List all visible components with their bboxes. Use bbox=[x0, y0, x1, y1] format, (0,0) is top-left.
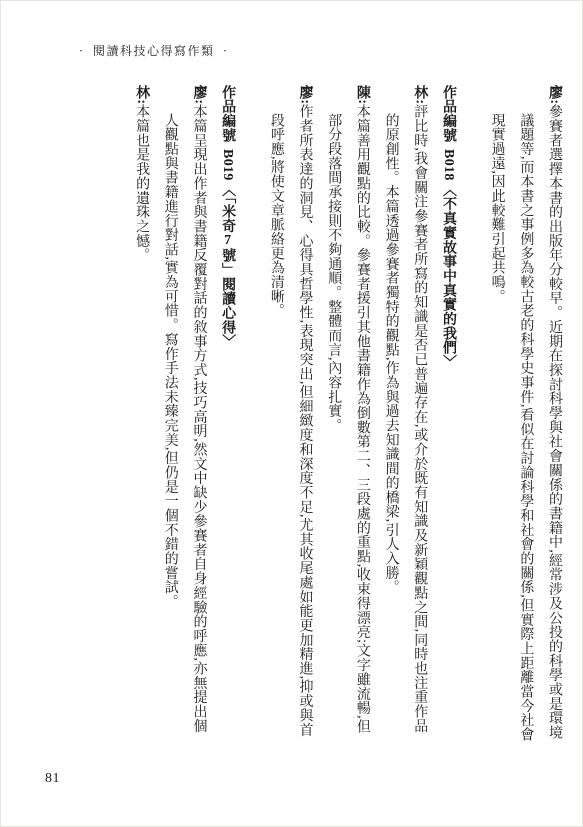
entry-title-digit: 7 bbox=[220, 233, 235, 248]
entry-heading-label: 作品編號 bbox=[220, 85, 235, 142]
speech-paragraph: 林:評比時,我會關注參賽者所寫的知識是否已普遍存在,或介於既有知識及新穎觀點之間… bbox=[376, 85, 433, 747]
speech-text: 評比時,我會關注參賽者所寫的知識是否已普遍存在,或介於既有知識及新穎觀點之間,同… bbox=[384, 104, 428, 733]
speech-text: 本篇呈現出作者與書籍反覆對話的敘事方式,技巧高明,然文中缺少參賽者自身經驗的呼應… bbox=[163, 104, 207, 733]
section-entry-b019: 作品編號B019〈「米奇7號」閱讀心得〉 廖:本篇呈現出作者與書籍反覆對話的敘事… bbox=[126, 85, 241, 747]
speech-text: 本篇善用觀點的比較。參賽者援引其他書籍作為倒數第二、三段處的重點,收束得漂亮;文… bbox=[326, 104, 370, 733]
speech-paragraph: 廖:參賽者選擇本書的出版年分較早。近期在探討科學與社會關係的書籍中,經常涉及公投… bbox=[482, 85, 568, 747]
speech-paragraph: 廖:作者所表達的洞見、心得具哲學性,表現突出,但細緻度和深度不足,尤其收尾處如能… bbox=[261, 85, 318, 747]
speaker-label: 廖: bbox=[547, 85, 562, 104]
speech-text: 本篇也是我的遺珠之憾。 bbox=[134, 104, 149, 262]
entry-title: 號」閱讀心得〉 bbox=[220, 248, 235, 348]
speech-paragraph: 陳:本篇善用觀點的比較。參賽者援引其他書籍作為倒數第二、三段處的重點,收束得漂亮… bbox=[319, 85, 376, 747]
entry-title: 〈不真實故事中真實的我們〉 bbox=[441, 183, 456, 370]
entry-code: B018 bbox=[441, 149, 456, 181]
speaker-label: 林: bbox=[134, 85, 149, 104]
section-continuation: 廖:參賽者選擇本書的出版年分較早。近期在探討科學與社會關係的書籍中,經常涉及公投… bbox=[482, 85, 568, 747]
speaker-label: 林: bbox=[412, 85, 427, 104]
entry-title: 〈「米奇 bbox=[220, 183, 235, 233]
entry-code: B019 bbox=[220, 149, 235, 181]
page-number: 81 bbox=[45, 771, 60, 787]
entry-heading: 作品編號B019〈「米奇7號」閱讀心得〉 bbox=[212, 85, 241, 747]
speech-text: 參賽者選擇本書的出版年分較早。近期在探討科學與社會關係的書籍中,經常涉及公投的科… bbox=[490, 104, 562, 741]
speech-paragraph: 林:本篇也是我的遺珠之憾。 bbox=[126, 85, 155, 747]
speech-paragraph: 廖:本篇呈現出作者與書籍反覆對話的敘事方式,技巧高明,然文中缺少參賽者自身經驗的… bbox=[155, 85, 212, 747]
speaker-label: 廖: bbox=[191, 85, 206, 104]
book-page: ‧ 閱讀科技心得寫作類 ‧ 廖:參賽者選擇本書的出版年分較早。近期在探討科學與社… bbox=[0, 0, 583, 827]
entry-heading-label: 作品編號 bbox=[441, 85, 456, 142]
running-header: ‧ 閱讀科技心得寫作類 ‧ bbox=[75, 42, 233, 59]
speaker-label: 廖: bbox=[298, 85, 313, 104]
section-entry-b018: 作品編號B018〈不真實故事中真實的我們〉 林:評比時,我會關注參賽者所寫的知識… bbox=[261, 85, 462, 747]
speaker-label: 陳: bbox=[355, 85, 370, 104]
speech-text: 作者所表達的洞見、心得具哲學性,表現突出,但細緻度和深度不足,尤其收尾處如能更加… bbox=[269, 104, 313, 736]
entry-heading: 作品編號B018〈不真實故事中真實的我們〉 bbox=[433, 85, 462, 747]
document-body: 廖:參賽者選擇本書的出版年分較早。近期在探討科學與社會關係的書籍中,經常涉及公投… bbox=[126, 85, 568, 747]
